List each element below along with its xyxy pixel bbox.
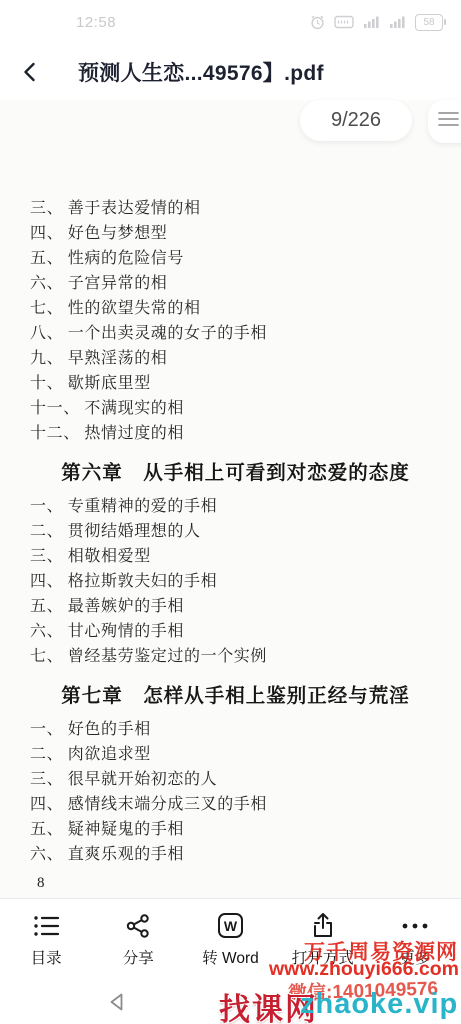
toc-item: 三、 很早就开始初恋的人 xyxy=(30,767,441,792)
toc-item: 九、 早熟淫荡的相 xyxy=(30,346,441,371)
chapter-7-title: 第七章 怎样从手相上鉴别正经与荒淫 xyxy=(30,680,441,708)
toc-button-label: 目录 xyxy=(31,946,62,968)
share-button-label: 分享 xyxy=(123,946,154,968)
toc-item: 十、 歇斯底里型 xyxy=(30,371,441,396)
toc-item: 六、 子宫异常的相 xyxy=(30,271,441,296)
toc-item: 四、 感情线末端分成三叉的手相 xyxy=(30,792,441,817)
toc-item: 四、 格拉斯敦夫妇的手相 xyxy=(30,569,441,594)
screen: 12:58 58 预测人生恋...49576】.pdf 9/2 xyxy=(0,0,461,1024)
battery-percent: 58 xyxy=(423,17,434,28)
toc-button[interactable]: 目录 xyxy=(0,899,92,981)
list-icon xyxy=(33,912,60,939)
volte-icon xyxy=(334,15,354,29)
sidebar-toggle-button[interactable] xyxy=(428,100,461,143)
toc-item: 三、 相敬相爱型 xyxy=(30,544,441,569)
toc-item: 五、 性病的危险信号 xyxy=(30,246,441,271)
signal-icon-1 xyxy=(363,15,380,29)
status-icons: 58 xyxy=(310,14,443,31)
bottom-toolbar: 目录 分享 W 转 Word 打开方式 更多 xyxy=(0,898,461,981)
toc-item: 一、 好色的手相 xyxy=(30,717,441,742)
chapter-6-title: 第六章 从手相上可看到对恋爱的态度 xyxy=(30,457,441,485)
page-folio: 8 xyxy=(30,875,441,892)
nav-back-icon[interactable] xyxy=(105,990,129,1014)
toc-item: 八、 一个出卖灵魂的女子的手相 xyxy=(30,321,441,346)
status-bar: 12:58 58 xyxy=(0,0,461,44)
back-button[interactable] xyxy=(8,50,52,94)
toc-item: 五、 疑神疑鬼的手相 xyxy=(30,817,441,842)
more-button[interactable]: 更多 xyxy=(369,899,461,981)
alarm-icon xyxy=(310,15,325,30)
toc-item: 六、 直爽乐观的手相 xyxy=(30,842,441,867)
signal-icon-2 xyxy=(389,15,406,29)
toc-item: 十二、 热情过度的相 xyxy=(30,421,441,446)
toc-item: 一、 专重精神的爱的手相 xyxy=(30,494,441,519)
status-time: 12:58 xyxy=(76,14,116,31)
convert-word-button-label: 转 Word xyxy=(202,946,259,968)
document-title: 预测人生恋...49576】.pdf xyxy=(78,57,324,87)
convert-word-button[interactable]: W 转 Word xyxy=(184,899,276,981)
toc-item: 三、 善于表达爱情的相 xyxy=(30,196,441,221)
toc-item: 四、 好色与梦想型 xyxy=(30,221,441,246)
pdf-viewer: 9/226 三、 善于表达爱情的相 四、 好色与梦想型 五、 性病的危险信号 六… xyxy=(0,100,461,898)
toc-item: 六、 甘心殉情的手相 xyxy=(30,619,441,644)
more-button-label: 更多 xyxy=(399,946,430,968)
toc-item: 七、 曾经基劳鉴定过的一个实例 xyxy=(30,644,441,669)
word-icon: W xyxy=(218,912,243,939)
toc-item: 二、 肉欲追求型 xyxy=(30,742,441,767)
title-bar: 预测人生恋...49576】.pdf xyxy=(0,44,461,101)
android-nav-bar xyxy=(0,980,461,1024)
more-icon xyxy=(400,912,430,939)
open-with-icon xyxy=(310,912,336,939)
toc-item: 五、 最善嫉妒的手相 xyxy=(30,594,441,619)
share-button[interactable]: 分享 xyxy=(92,899,184,981)
open-with-button[interactable]: 打开方式 xyxy=(277,899,369,981)
hamburger-icon xyxy=(438,111,459,132)
open-with-button-label: 打开方式 xyxy=(292,946,354,968)
toc-item: 十一、 不满现实的相 xyxy=(30,396,441,421)
page-indicator: 9/226 xyxy=(300,100,412,141)
share-icon xyxy=(125,912,151,939)
pdf-page: 三、 善于表达爱情的相 四、 好色与梦想型 五、 性病的危险信号 六、 子宫异常… xyxy=(0,100,461,898)
battery-icon: 58 xyxy=(415,14,443,31)
toc-item: 二、 贯彻结婚理想的人 xyxy=(30,519,441,544)
toc-item: 七、 性的欲望失常的相 xyxy=(30,296,441,321)
